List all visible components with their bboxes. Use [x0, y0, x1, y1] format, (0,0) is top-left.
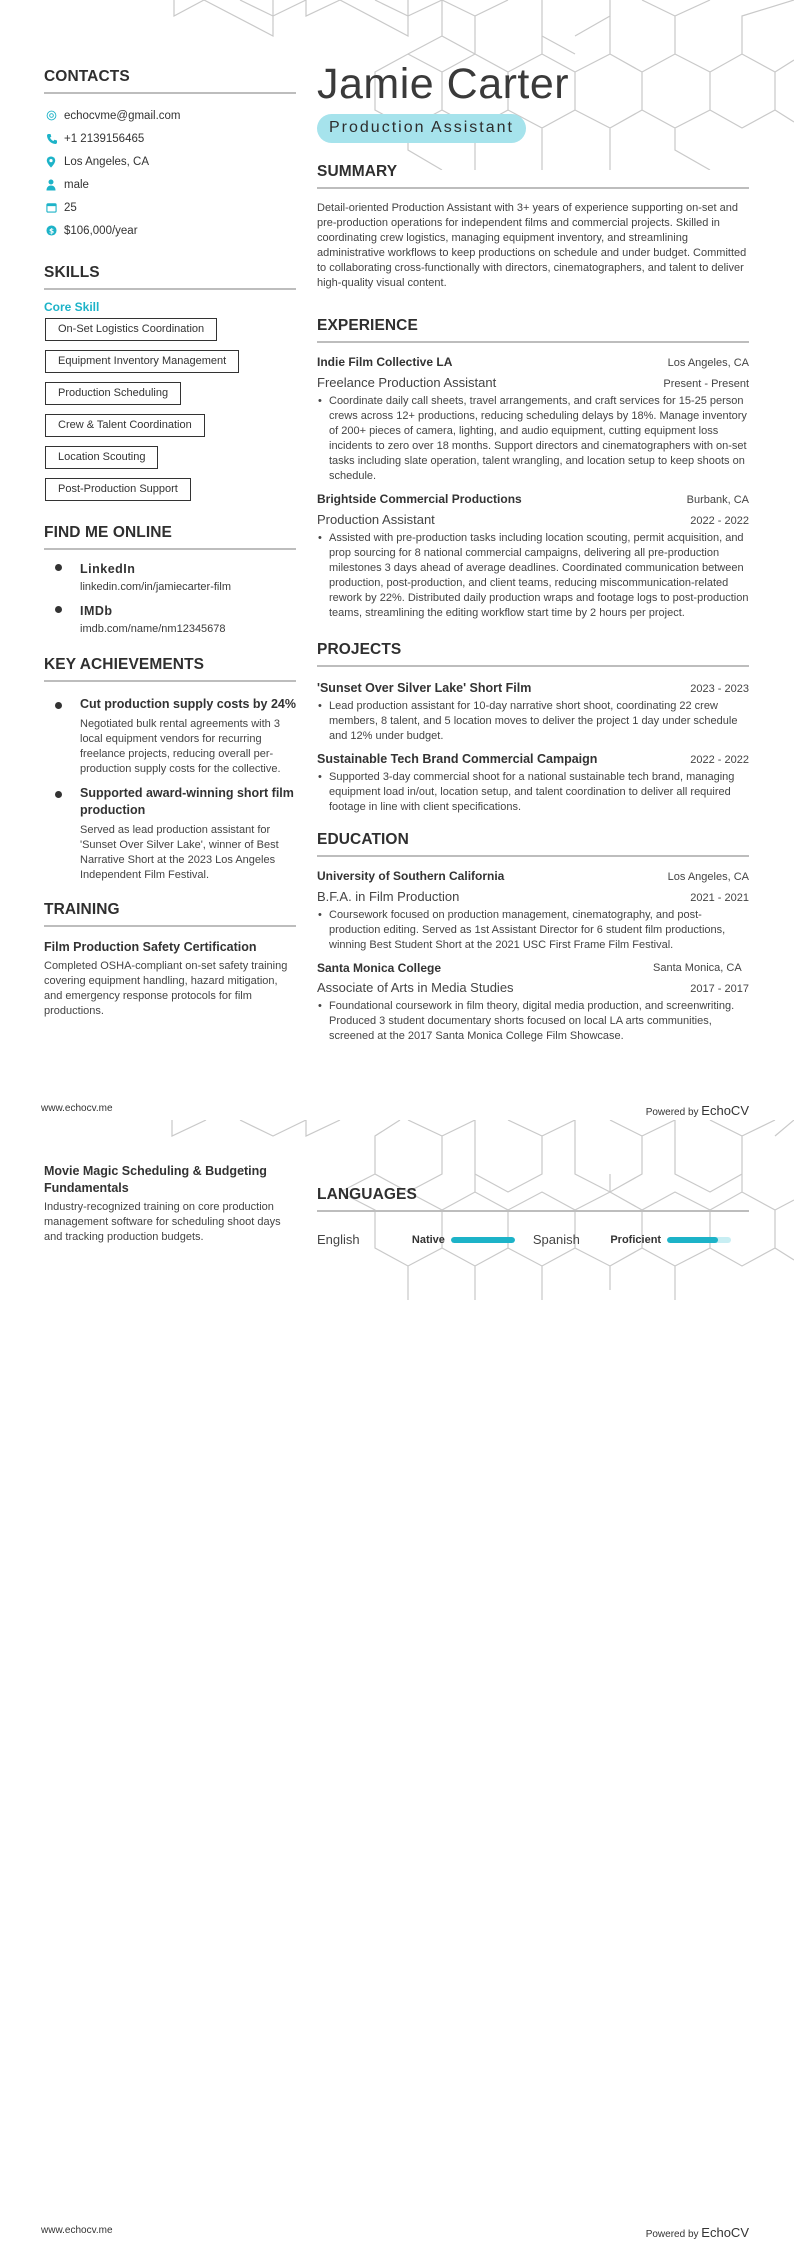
achievement-desc: Served as lead production assistant for …	[80, 823, 296, 883]
education-bullet: Coursework focused on production managem…	[317, 908, 749, 953]
achievement-title: Cut production supply costs by 24%	[80, 696, 296, 713]
contact-salary: $ $106,000/year	[44, 219, 296, 242]
summary-text: Detail-oriented Production Assistant wit…	[317, 201, 749, 291]
project-dates: 2022 - 2022	[690, 751, 749, 770]
contact-value: 25	[64, 202, 77, 214]
skill-tag: Post-Production Support	[45, 478, 191, 501]
experience-role: Production Assistant	[317, 510, 435, 529]
skill-tag: Equipment Inventory Management	[45, 350, 239, 373]
section-title: EXPERIENCE	[317, 317, 749, 343]
training-title: Movie Magic Scheduling & Budgeting Funda…	[44, 1163, 296, 1197]
person-icon	[46, 179, 64, 191]
right-column: Jamie Carter Production Assistant SUMMAR…	[317, 60, 749, 1050]
experience-item: Brightside Commercial Productions Burban…	[317, 490, 749, 621]
powered-by-label: Powered by	[646, 1107, 699, 1118]
education-degree: B.F.A. in Film Production	[317, 887, 459, 906]
education-dates: 2017 - 2017	[690, 980, 749, 999]
achievement-item: Cut production supply costs by 24% Negot…	[44, 696, 296, 777]
language-proficiency-bar	[667, 1237, 731, 1243]
online-url[interactable]: linkedin.com/in/jamiecarter-film	[80, 578, 296, 596]
education-location: Santa Monica, CA	[653, 961, 749, 976]
language-level: Proficient	[610, 1234, 661, 1246]
skill-tag: Production Scheduling	[45, 382, 181, 405]
projects-section: PROJECTS 'Sunset Over Silver Lake' Short…	[317, 641, 749, 815]
page-footer-2: www.echocv.me Powered by EchoCV	[41, 2225, 749, 2240]
section-title: KEY ACHIEVEMENTS	[44, 656, 296, 682]
bullet-dot-icon	[55, 606, 62, 613]
summary-section: SUMMARY Detail-oriented Production Assis…	[317, 163, 749, 291]
experience-role: Freelance Production Assistant	[317, 373, 496, 392]
left-column: CONTACTS echocvme@gmail.com +1 213915646…	[44, 68, 296, 1019]
training-section: TRAINING Film Production Safety Certific…	[44, 901, 296, 1019]
contact-value: echocvme@gmail.com	[64, 110, 181, 122]
education-degree: Associate of Arts in Media Studies	[317, 978, 514, 997]
svg-text:$: $	[49, 226, 54, 235]
language-level: Native	[412, 1234, 445, 1246]
language-name: Spanish	[533, 1232, 610, 1247]
resume-header: Jamie Carter Production Assistant	[317, 60, 749, 143]
online-name: IMDb	[80, 602, 296, 620]
section-title: TRAINING	[44, 901, 296, 927]
experience-bullet: Assisted with pre-production tasks inclu…	[317, 531, 749, 621]
skill-group-label: Core Skill	[44, 300, 296, 314]
experience-section: EXPERIENCE Indie Film Collective LA Los …	[317, 317, 749, 621]
section-title: SUMMARY	[317, 163, 749, 189]
contact-value: +1 2139156465	[64, 133, 144, 145]
education-section: EDUCATION University of Southern Califor…	[317, 831, 749, 1044]
footer-brand[interactable]: EchoCV	[701, 1103, 749, 1118]
online-item-imdb[interactable]: IMDb imdb.com/name/nm12345678	[44, 602, 296, 638]
section-title: PROJECTS	[317, 641, 749, 667]
education-item: University of Southern California Los An…	[317, 867, 749, 953]
bullet-dot-icon	[55, 564, 62, 571]
powered-by-label: Powered by	[646, 2229, 699, 2240]
language-proficiency-fill	[667, 1237, 718, 1243]
bullet-dot-icon	[55, 791, 62, 798]
contact-location: Los Angeles, CA	[44, 150, 296, 173]
footer-powered-by: Powered by EchoCV	[646, 2225, 749, 2240]
section-title: CONTACTS	[44, 68, 296, 94]
online-url[interactable]: imdb.com/name/nm12345678	[80, 620, 296, 638]
online-item-linkedin[interactable]: LinkedIn linkedin.com/in/jamiecarter-fil…	[44, 560, 296, 596]
experience-dates: Present - Present	[663, 375, 749, 394]
page-footer: www.echocv.me Powered by EchoCV	[41, 1103, 749, 1118]
candidate-name: Jamie Carter	[317, 60, 749, 108]
project-name: 'Sunset Over Silver Lake' Short Film	[317, 679, 531, 698]
experience-location: Los Angeles, CA	[668, 354, 749, 373]
achievement-title: Supported award-winning short film produ…	[80, 785, 296, 819]
experience-location: Burbank, CA	[687, 491, 749, 510]
phone-icon	[46, 133, 64, 145]
find-me-online-section: FIND ME ONLINE LinkedIn linkedin.com/in/…	[44, 524, 296, 638]
contacts-section: CONTACTS echocvme@gmail.com +1 213915646…	[44, 68, 296, 242]
footer-site-link[interactable]: www.echocv.me	[41, 2225, 113, 2240]
training-title: Film Production Safety Certification	[44, 939, 296, 956]
skill-tag: Crew & Talent Coordination	[45, 414, 205, 437]
at-sign-icon	[46, 110, 64, 121]
key-achievements-section: KEY ACHIEVEMENTS Cut production supply c…	[44, 656, 296, 883]
experience-dates: 2022 - 2022	[690, 512, 749, 531]
online-name: LinkedIn	[80, 560, 296, 578]
experience-item: Indie Film Collective LA Los Angeles, CA…	[317, 353, 749, 484]
contact-phone[interactable]: +1 2139156465	[44, 127, 296, 150]
language-name: English	[317, 1232, 412, 1247]
right-column-page-2: LANGUAGES English Native Spanish Profici…	[317, 1186, 749, 1247]
training-desc: Completed OSHA-compliant on-set safety t…	[44, 959, 296, 1019]
section-title: LANGUAGES	[317, 1186, 749, 1212]
project-item: 'Sunset Over Silver Lake' Short Film 202…	[317, 679, 749, 744]
contact-value: $106,000/year	[64, 225, 138, 237]
footer-site-link[interactable]: www.echocv.me	[41, 1103, 113, 1118]
achievement-desc: Negotiated bulk rental agreements with 3…	[80, 717, 296, 777]
skills-section: SKILLS Core Skill On-Set Logistics Coord…	[44, 264, 296, 510]
footer-powered-by: Powered by EchoCV	[646, 1103, 749, 1118]
section-title: EDUCATION	[317, 831, 749, 857]
languages-list: English Native Spanish Proficient	[317, 1232, 749, 1247]
skill-tag: On-Set Logistics Coordination	[45, 318, 217, 341]
languages-section: LANGUAGES English Native Spanish Profici…	[317, 1186, 749, 1247]
section-title: SKILLS	[44, 264, 296, 290]
language-proficiency-fill	[451, 1237, 515, 1243]
achievement-item: Supported award-winning short film produ…	[44, 785, 296, 883]
contact-value: Los Angeles, CA	[64, 156, 149, 168]
contact-gender: male	[44, 173, 296, 196]
footer-brand[interactable]: EchoCV	[701, 2225, 749, 2240]
section-title: FIND ME ONLINE	[44, 524, 296, 550]
project-bullet: Supported 3-day commercial shoot for a n…	[317, 770, 749, 815]
education-school: University of Southern California	[317, 867, 504, 886]
location-pin-icon	[46, 156, 64, 168]
skill-tag: Location Scouting	[45, 446, 158, 469]
training-item: Movie Magic Scheduling & Budgeting Funda…	[44, 1163, 296, 1245]
dollar-icon: $	[46, 225, 64, 236]
bullet-dot-icon	[55, 702, 62, 709]
experience-bullet: Coordinate daily call sheets, travel arr…	[317, 394, 749, 484]
education-location: Los Angeles, CA	[668, 868, 749, 887]
project-bullet: Lead production assistant for 10-day nar…	[317, 699, 749, 744]
project-item: Sustainable Tech Brand Commercial Campai…	[317, 750, 749, 815]
role-badge: Production Assistant	[317, 114, 526, 143]
education-school: Santa Monica College	[317, 959, 441, 978]
contact-age: 25	[44, 196, 296, 219]
left-column-page-2: Movie Magic Scheduling & Budgeting Funda…	[44, 1163, 296, 1245]
project-name: Sustainable Tech Brand Commercial Campai…	[317, 750, 597, 769]
experience-company: Brightside Commercial Productions	[317, 490, 522, 509]
education-bullet: Foundational coursework in film theory, …	[317, 999, 749, 1044]
project-dates: 2023 - 2023	[690, 680, 749, 699]
education-dates: 2021 - 2021	[690, 889, 749, 908]
training-desc: Industry-recognized training on core pro…	[44, 1200, 296, 1245]
language-proficiency-bar	[451, 1237, 515, 1243]
training-item: Film Production Safety Certification Com…	[44, 939, 296, 1019]
experience-company: Indie Film Collective LA	[317, 353, 452, 372]
contact-value: male	[64, 179, 89, 191]
education-item: Santa Monica College Santa Monica, CA As…	[317, 959, 749, 1044]
calendar-icon	[46, 202, 64, 213]
contact-email[interactable]: echocvme@gmail.com	[44, 104, 296, 127]
